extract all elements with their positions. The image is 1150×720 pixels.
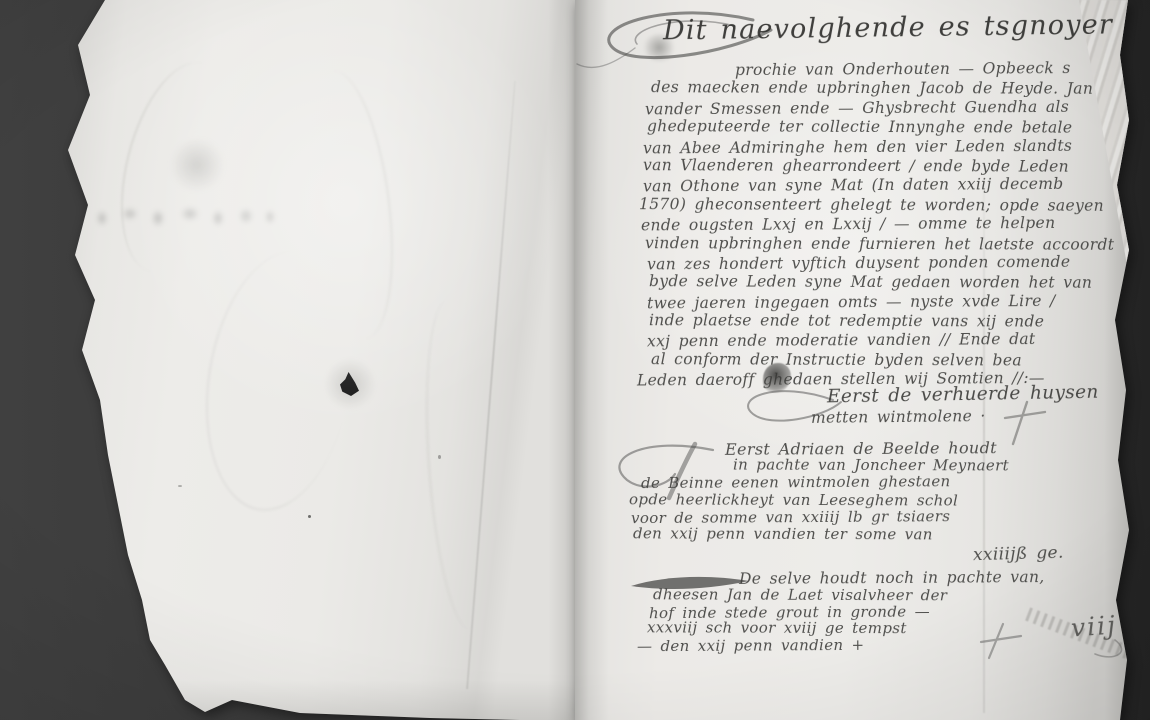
manuscript-paragraph: De selve houdt noch in pachte van,dheese…	[625, 570, 1045, 654]
mirrored-ink-bleedthrough	[86, 194, 286, 238]
manuscript-line: den xxij penn vandien ter some van	[633, 525, 1009, 544]
right-page: Dit naevolghende es tsgnoyer h, prochie …	[575, 0, 1130, 720]
vertical-crease	[983, 185, 985, 713]
left-page	[58, 0, 578, 720]
manuscript-line: byde selve Leden syne Mat gedaen worden …	[649, 272, 1114, 293]
paper-speck	[308, 515, 311, 518]
manuscript-line: opde heerlickheyt van Leeseghem schol	[629, 491, 1009, 510]
paper-speck	[178, 485, 182, 487]
manuscript-line: van zes hondert vyftich duysent ponden c…	[647, 252, 1114, 274]
bleedthrough-arc	[417, 298, 502, 632]
manuscript-scan: Dit naevolghende es tsgnoyer h, prochie …	[0, 0, 1150, 720]
cross-mark-icon	[1005, 402, 1045, 444]
manuscript-line: vander Smessen ende — Ghysbrecht Guendha…	[645, 97, 1114, 119]
manuscript-line: dheesen Jan de Laet visalvheer der	[653, 586, 1045, 604]
manuscript-line: 1570) gheconsenteert ghelegt te worden; …	[639, 195, 1114, 216]
manuscript-heading: Dit naevolghende es tsgnoyer h,	[663, 9, 1150, 47]
amount-annotation: xxiiijß ge.	[973, 543, 1064, 565]
wormhole-mark	[340, 372, 359, 396]
manuscript-line: van Abee Admiringhe hem den vier Leden s…	[643, 136, 1114, 158]
section-heading-line: Eerst de verhuerde huysen	[827, 382, 1099, 408]
manuscript-line: des maecken ende upbringhen Jacob de Hey…	[651, 79, 1114, 100]
manuscript-paragraph: Eerst Adriaen de Beelde houdtin pachte v…	[625, 440, 1009, 543]
manuscript-line: van Othone van syne Mat (In daten xxiij …	[643, 175, 1114, 197]
manuscript-line: al conform der Instructie byden selven b…	[651, 350, 1114, 371]
wormhole-halo	[324, 358, 376, 410]
manuscript-line: ghedeputeerde ter collectie Innynghe end…	[647, 117, 1114, 138]
heading-tail-icon	[577, 48, 635, 67]
manuscript-line: xxj penn ende moderatie vandien // Ende …	[647, 330, 1114, 352]
faint-stain	[168, 140, 226, 190]
bleedthrough-arc	[188, 241, 369, 522]
bleedthrough-arc	[292, 66, 406, 344]
paper-speck	[438, 455, 441, 459]
manuscript-paragraph: prochie van Onderhouten — Opbeeck sdes m…	[637, 60, 1114, 390]
manuscript-line: twee jaeren ingegaen omts — nyste xvde L…	[647, 291, 1114, 313]
section-heading-line: metten wintmolene ·	[811, 407, 986, 427]
manuscript-line: prochie van Onderhouten — Opbeeck s	[735, 59, 1114, 81]
right-page-wrapper: Dit naevolghende es tsgnoyer h, prochie …	[575, 0, 1130, 720]
manuscript-line: ende ougsten Lxxj en Lxxij / — omme te h…	[641, 214, 1114, 236]
bleedthrough-arc	[102, 51, 253, 284]
vertical-crease	[466, 81, 516, 689]
left-page-wrapper	[58, 0, 578, 720]
manuscript-line: vinden upbringhen ende furnieren het lae…	[645, 234, 1114, 255]
